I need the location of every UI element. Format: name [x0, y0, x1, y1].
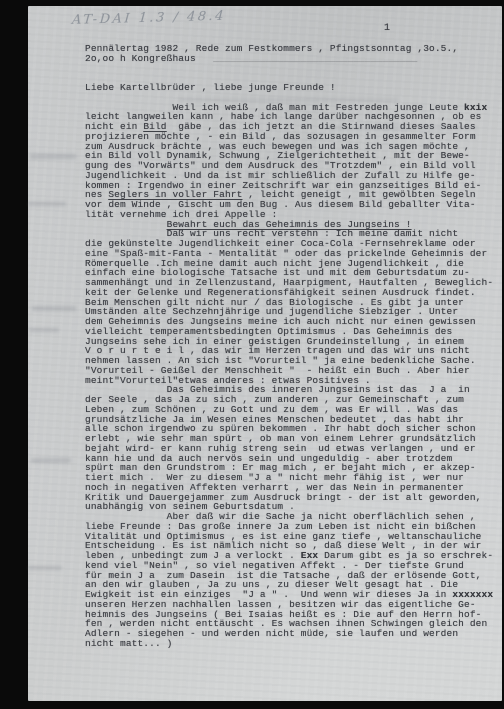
scanned-page: AT-DAI 1.3 / 48.4 1 Pennälertag 1982 , R… — [28, 6, 502, 701]
page-number: 1 — [384, 23, 390, 34]
scan-artifact — [32, 306, 76, 311]
text-line: 2o,oo h Kongreßhaus ____________________… — [85, 54, 501, 64]
text-line: Liebe Kartellbrüder , liebe junge Freund… — [85, 83, 501, 93]
scan-artifact — [31, 458, 71, 463]
scan-artifact — [178, 98, 398, 102]
text-line — [85, 64, 501, 74]
typewritten-text: Pennälertag 1982 , Rede zum Festkommers … — [85, 44, 501, 649]
scan-artifact — [328, 126, 478, 130]
scan-artifact — [29, 328, 59, 332]
handwritten-archive-number: AT-DAI 1.3 / 48.4 — [71, 7, 292, 28]
scan-artifact — [28, 202, 66, 206]
text-line: nicht matt... ) — [85, 639, 501, 649]
scan-artifact — [28, 566, 62, 570]
scanner-background: AT-DAI 1.3 / 48.4 1 Pennälertag 1982 , R… — [0, 0, 504, 709]
scan-artifact — [30, 154, 76, 159]
